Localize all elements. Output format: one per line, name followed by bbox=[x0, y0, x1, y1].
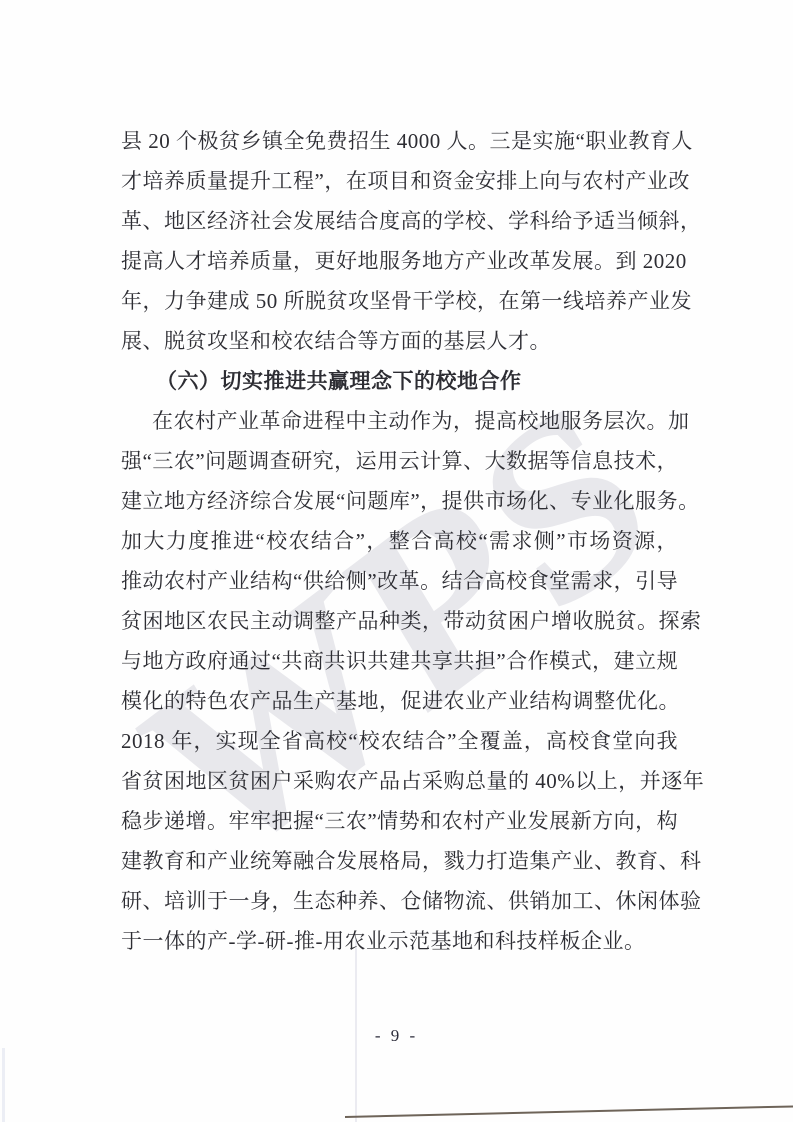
text-line: 研、培训于一身，生态种养、仓储物流、供销加工、休闲体验 bbox=[121, 881, 678, 921]
text-line: 提高人才培养质量，更好地服务地方产业改革发展。到 2020 bbox=[121, 241, 678, 281]
text-line: 推动农村产业结构“供给侧”改革。结合高校食堂需求，引导 bbox=[121, 561, 678, 601]
text-line: 年，力争建成 50 所脱贫攻坚骨干学校，在第一线培养产业发 bbox=[121, 281, 678, 321]
text-line: 县 20 个极贫乡镇全免费招生 4000 人。三是实施“职业教育人 bbox=[121, 121, 678, 161]
text-line: 贫困地区农民主动调整产品种类，带动贫困户增收脱贫。探索 bbox=[121, 601, 678, 641]
text-line: 展、脱贫攻坚和校农结合等方面的基层人才。 bbox=[121, 321, 678, 361]
scan-artifact-left-edge bbox=[2, 1048, 5, 1122]
text-line: 2018 年，实现全省高校“校农结合”全覆盖，高校食堂向我 bbox=[121, 721, 678, 761]
text-line: 在农村产业革命进程中主动作为，提高校地服务层次。加 bbox=[121, 401, 678, 441]
text-line: 建立地方经济综合发展“问题库”，提供市场化、专业化服务。 bbox=[121, 481, 678, 521]
document-page: WPS 县 20 个极贫乡镇全免费招生 4000 人。三是实施“职业教育人才培养… bbox=[0, 0, 793, 1122]
text-line: 模化的特色农产品生产基地，促进农业产业结构调整优化。 bbox=[121, 681, 678, 721]
text-line: 建教育和产业统筹融合发展格局，戮力打造集产业、教育、科 bbox=[121, 841, 678, 881]
text-line: 才培养质量提升工程”，在项目和资金安排上向与农村产业改 bbox=[121, 161, 678, 201]
text-line: 与地方政府通过“共商共识共建共享共担”合作模式，建立规 bbox=[121, 641, 678, 681]
text-line: 革、地区经济社会发展结合度高的学校、学科给予适当倾斜， bbox=[121, 201, 678, 241]
page-number: - 9 - bbox=[0, 1026, 793, 1046]
text-line: 于一体的产-学-研-推-用农业示范基地和科技样板企业。 bbox=[121, 921, 678, 961]
text-line: 加大力度推进“校农结合”，整合高校“需求侧”市场资源， bbox=[121, 521, 678, 561]
text-line: 强“三农”问题调查研究，运用云计算、大数据等信息技术， bbox=[121, 441, 678, 481]
text-line: 稳步递增。牢牢把握“三农”情势和农村产业发展新方向，构 bbox=[121, 801, 678, 841]
section-heading: （六）切实推进共赢理念下的校地合作 bbox=[121, 361, 678, 401]
scan-artifact-paper-edge bbox=[345, 1105, 793, 1118]
text-line: 省贫困地区贫困户采购农产品占采购总量的 40%以上，并逐年 bbox=[121, 761, 678, 801]
document-body: 县 20 个极贫乡镇全免费招生 4000 人。三是实施“职业教育人才培养质量提升… bbox=[121, 121, 678, 961]
